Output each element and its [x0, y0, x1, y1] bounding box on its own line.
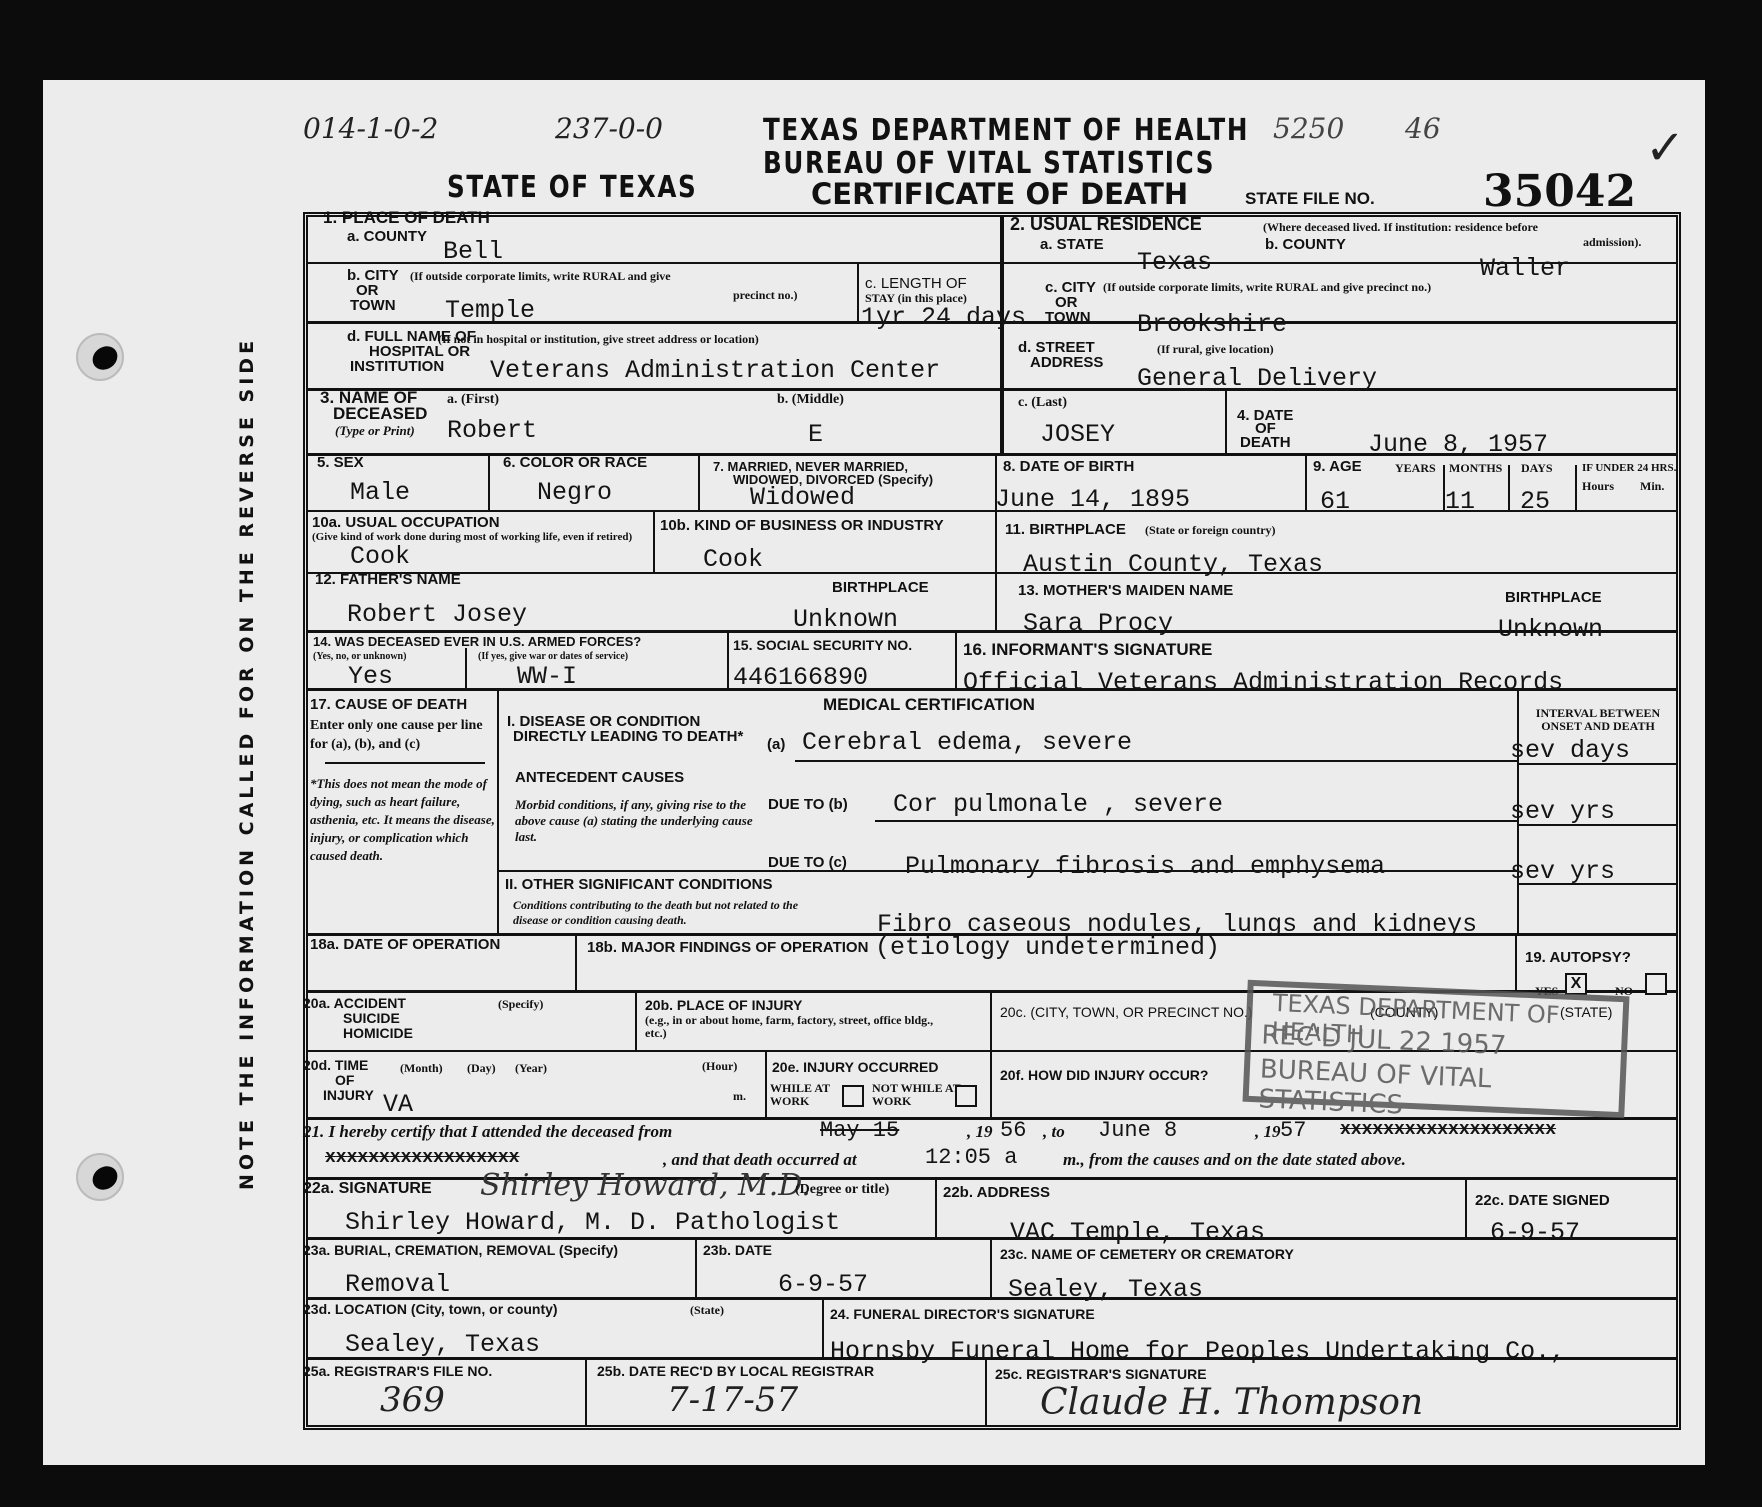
residence-city-town: TOWN — [1045, 310, 1091, 325]
divider — [990, 1239, 992, 1297]
divider — [308, 572, 1676, 574]
part1-label-2: DIRECTLY LEADING TO DEATH* — [513, 729, 743, 744]
divider — [308, 1357, 1676, 1360]
divider — [1004, 262, 1676, 264]
reverse-side-note: NOTE THE INFORMATION CALLED FOR ON THE R… — [236, 337, 258, 1190]
age-months: 11 — [1445, 487, 1475, 516]
cause-b-interval: sev yrs — [1510, 797, 1615, 826]
mother-birthplace: Unknown — [1498, 615, 1603, 644]
divider — [308, 388, 1676, 391]
divider — [695, 1239, 697, 1297]
father-label: 12. FATHER'S NAME — [315, 572, 461, 587]
m-label: m. — [733, 1090, 746, 1103]
name-label-3: (Type or Print) — [335, 422, 415, 440]
medical-certification-title: MEDICAL CERTIFICATION — [823, 697, 1035, 712]
to-year-prefix: , 19 — [1255, 1123, 1281, 1141]
burial-label: 23a. BURIAL, CREMATION, REMOVAL (Specify… — [303, 1243, 618, 1258]
dept-line-1: TEXAS DEPARTMENT OF HEALTH — [763, 113, 1249, 148]
divider — [585, 1359, 587, 1425]
cause-a: Cerebral edema, severe — [802, 728, 1132, 757]
time-of-injury-value: VA — [383, 1090, 413, 1119]
hospital-label-2: HOSPITAL OR — [369, 344, 470, 359]
cause-b-label: DUE TO (b) — [768, 797, 848, 812]
injury-city-label: 20c. (CITY, TOWN, OR PRECINCT NO.) — [1000, 1005, 1253, 1020]
hour-label: (Hour) — [702, 1060, 737, 1073]
underline — [1519, 883, 1676, 885]
cause-a-interval: sev days — [1510, 736, 1630, 765]
underline — [875, 820, 1517, 822]
location-label: 23d. LOCATION (City, town, or county) — [303, 1302, 558, 1317]
years-label: YEARS — [1395, 462, 1436, 475]
residence-county-label: b. COUNTY — [1265, 237, 1346, 252]
autopsy-no-checkbox[interactable] — [1645, 973, 1667, 995]
underline — [1519, 824, 1676, 826]
hospital-note: (If not in hospital or institution, give… — [438, 333, 759, 346]
marital-value: Widowed — [750, 483, 855, 512]
autopsy-yes-checkbox[interactable]: X — [1565, 973, 1587, 995]
name-label-2: DECEASED — [333, 406, 427, 421]
degree-label: (Degree or title) — [795, 1183, 889, 1196]
location-state-label: (State) — [690, 1304, 724, 1317]
date-signed-label: 22c. DATE SIGNED — [1475, 1193, 1610, 1208]
under-24-label: IF UNDER 24 HRS. — [1582, 462, 1676, 475]
date-of-death: June 8, 1957 — [1368, 430, 1548, 459]
state-file-label: STATE FILE NO. — [1245, 189, 1375, 209]
ssn-label: 15. SOCIAL SECURITY NO. — [733, 638, 912, 653]
divider — [1225, 390, 1227, 453]
underline — [795, 760, 1517, 762]
usual-residence-label: 2. USUAL RESIDENCE — [1010, 217, 1202, 232]
while-at-work-label: WHILE AT WORK — [770, 1082, 835, 1108]
days-label: DAYS — [1521, 462, 1553, 475]
birthplace-label: 11. BIRTHPLACE — [1005, 522, 1126, 537]
burial-value: Removal — [345, 1270, 450, 1299]
race-value: Negro — [537, 478, 612, 507]
divider — [308, 1297, 1676, 1300]
divider — [995, 583, 997, 630]
cause-c-interval: sev yrs — [1510, 857, 1615, 886]
father-value: Robert Josey — [347, 600, 527, 629]
first-name-label: a. (First) — [447, 393, 499, 406]
cause-a-label: (a) — [767, 737, 785, 752]
divider — [1575, 465, 1577, 510]
burial-date: 6-9-57 — [778, 1270, 868, 1299]
divider — [308, 262, 1000, 264]
divider — [935, 1179, 937, 1237]
divider — [575, 935, 577, 990]
operation-date-label: 18a. DATE OF OPERATION — [310, 937, 500, 952]
residence-city-or: OR — [1055, 295, 1078, 310]
sex-label: 5. SEX — [317, 455, 364, 470]
divider — [857, 264, 859, 321]
form-title: CERTIFICATE OF DEATH — [811, 177, 1188, 211]
cause-b: Cor pulmonale , severe — [893, 790, 1223, 819]
city-town-label: TOWN — [350, 298, 396, 313]
min-label: Min. — [1640, 480, 1664, 493]
age-days: 25 — [1520, 487, 1550, 516]
divider — [308, 1237, 1676, 1240]
antecedent-note: Morbid conditions, if any, giving rise t… — [515, 797, 765, 845]
received-stamp: TEXAS DEPARTMENT OF HEALTH REC'D JUL 22 … — [1243, 980, 1630, 1119]
funeral-director-label: 24. FUNERAL DIRECTOR'S SIGNATURE — [830, 1307, 1095, 1322]
attended-from-date: May 15 — [820, 1118, 899, 1143]
state-title: STATE OF TEXAS — [447, 170, 697, 205]
operation-findings-label: 18b. MAJOR FINDINGS OF OPERATION — [587, 940, 868, 955]
homicide-label: HOMICIDE — [343, 1026, 413, 1041]
checkmark-icon: ✓ — [1645, 120, 1685, 176]
street-value: General Delivery — [1137, 364, 1377, 393]
suicide-label: SUICIDE — [343, 1011, 400, 1026]
divider — [698, 455, 700, 510]
war-value: WW-I — [517, 662, 577, 691]
divider — [727, 632, 729, 688]
divider — [635, 992, 637, 1050]
middle-name: E — [808, 420, 823, 449]
accident-label: 20a. ACCIDENT — [303, 996, 406, 1011]
middle-name-label: b. (Middle) — [777, 393, 844, 406]
registrar-file-label: 25a. REGISTRAR'S FILE NO. — [303, 1364, 492, 1379]
divider — [465, 648, 467, 688]
sex-value: Male — [350, 478, 410, 507]
mother-birthplace-label: BIRTHPLACE — [1505, 590, 1602, 605]
first-name: Robert — [447, 416, 537, 445]
punch-hole-bottom — [76, 1153, 124, 1201]
state-file-number: 35042 — [1483, 166, 1636, 217]
handwritten-code-1: 014-1-0-2 — [303, 112, 438, 145]
birthplace-note: (State or foreign country) — [1145, 524, 1276, 537]
death-causes-text: m., from the causes and on the date stat… — [1063, 1151, 1406, 1169]
divider — [985, 1359, 987, 1425]
divider — [308, 630, 1676, 633]
months-label: MONTHS — [1449, 462, 1502, 475]
not-while-at-work-checkbox[interactable] — [955, 1085, 977, 1107]
while-at-work-checkbox[interactable] — [842, 1085, 864, 1107]
antecedent-label: ANTECEDENT CAUSES — [515, 770, 684, 785]
attended-to-year: 57 — [1280, 1118, 1306, 1143]
ssn-value: 446166890 — [733, 663, 868, 692]
residence-city-note: (If outside corporate limits, write RURA… — [1103, 281, 1431, 294]
time-of-injury-label-2: OF — [335, 1073, 354, 1088]
physician-signature: Shirley Howard, M.D. — [480, 1168, 811, 1203]
signer-name: Shirley Howard, M. D. Pathologist — [345, 1208, 840, 1237]
stay-label: c. LENGTH OF — [865, 276, 967, 291]
signature-label: 22a. SIGNATURE — [303, 1181, 432, 1196]
address-value: VAC Temple, Texas — [1010, 1218, 1265, 1247]
father-birthplace: Unknown — [793, 605, 898, 634]
registrar-date: 7-17-57 — [667, 1380, 798, 1420]
dob-label: 8. DATE OF BIRTH — [1003, 459, 1134, 474]
cause-c: Pulmonary fibrosis and emphysema — [905, 852, 1385, 881]
divider — [995, 455, 997, 583]
handwritten-number-2: 46 — [1405, 112, 1441, 145]
underline — [1519, 763, 1676, 765]
cemetery-label: 23c. NAME OF CEMETERY OR CREMATORY — [1000, 1247, 1294, 1262]
county-value: Bell — [443, 237, 503, 266]
business-label: 10b. KIND OF BUSINESS OR INDUSTRY — [660, 518, 944, 533]
location-value: Sealey, Texas — [345, 1330, 540, 1359]
autopsy-label: 19. AUTOPSY? — [1525, 950, 1631, 965]
last-name: JOSEY — [1040, 420, 1115, 449]
registrar-signature: Claude H. Thompson — [1040, 1382, 1423, 1423]
mother-value: Sara Procy — [1023, 609, 1173, 638]
divider — [822, 1299, 824, 1357]
city-value: Temple — [445, 296, 535, 325]
informant-label: 16. INFORMANT'S SIGNATURE — [963, 642, 1212, 657]
age-label: 9. AGE — [1313, 459, 1362, 474]
city-label: b. CITY — [347, 268, 399, 283]
cemetery-value: Sealey, Texas — [1008, 1275, 1203, 1304]
mother-label: 13. MOTHER'S MAIDEN NAME — [1018, 583, 1233, 598]
how-injury-label: 20f. HOW DID INJURY OCCUR? — [1000, 1068, 1208, 1083]
registrar-signature-label: 25c. REGISTRAR'S SIGNATURE — [995, 1367, 1207, 1382]
armed-forces-label: 14. WAS DECEASED EVER IN U.S. ARMED FORC… — [313, 634, 641, 649]
divider — [653, 512, 655, 572]
death-occurred-text: , and that death occurred at — [663, 1151, 857, 1169]
year-label: (Year) — [515, 1062, 547, 1075]
informant-value: Official Veterans Administration Records — [963, 668, 1563, 697]
cause-of-death-label: 17. CAUSE OF DEATH — [310, 697, 467, 712]
date-signed-value: 6-9-57 — [1490, 1218, 1580, 1247]
to-text: , to — [1043, 1123, 1065, 1141]
residence-state-label: a. STATE — [1040, 237, 1104, 252]
residence-city-label: c. CITY — [1045, 280, 1096, 295]
attended-from-year: 56 — [1000, 1118, 1026, 1143]
dept-line-2: BUREAU OF VITAL STATISTICS — [763, 146, 1215, 181]
divider — [955, 632, 957, 688]
month-label: (Month) — [400, 1062, 443, 1075]
handwritten-number: 5250 — [1273, 112, 1344, 145]
cause-footnote: *This does not mean the mode of dying, s… — [310, 775, 495, 865]
punch-hole-top — [76, 333, 124, 381]
struck-text-2: xxxxxxxxxxxxxxxxxx — [325, 1148, 519, 1168]
occupation-label: 10a. USUAL OCCUPATION — [312, 515, 500, 530]
business-value: Cook — [703, 545, 763, 574]
place-of-injury-note: (e.g., in or about home, farm, factory, … — [645, 1014, 945, 1040]
residence-city: Brookshire — [1137, 310, 1287, 339]
dob-value: June 14, 1895 — [995, 485, 1190, 514]
other-conditions-2: (etiology undetermined) — [875, 933, 1220, 962]
burial-date-label: 23b. DATE — [703, 1243, 772, 1258]
accident-specify: (Specify) — [498, 998, 543, 1011]
divider — [497, 690, 499, 933]
place-of-injury-label: 20b. PLACE OF INJURY — [645, 998, 802, 1013]
time-of-injury-label-3: INJURY — [323, 1088, 374, 1103]
divider — [488, 455, 490, 510]
divider — [1508, 465, 1510, 510]
interval-label: INTERVAL BETWEEN ONSET AND DEATH — [1523, 707, 1673, 733]
age-years: 61 — [1320, 487, 1350, 516]
from-year-prefix: , 19 — [967, 1123, 993, 1141]
occupation-value: Cook — [350, 542, 410, 571]
street-note: (If rural, give location) — [1157, 343, 1274, 356]
county-label: a. COUNTY — [347, 229, 427, 244]
time-of-injury-label: 20d. TIME — [303, 1058, 368, 1073]
struck-text: xxxxxxxxxxxxxxxxxxxx — [1340, 1120, 1556, 1140]
residence-county: Waller — [1480, 254, 1570, 283]
hospital-label-3: INSTITUTION — [350, 359, 444, 374]
divider — [765, 1052, 767, 1117]
divider — [990, 992, 992, 1117]
city-note-2: precinct no.) — [733, 289, 797, 302]
armed-forces-value: Yes — [348, 662, 393, 691]
last-name-label: c. (Last) — [1018, 396, 1067, 409]
not-while-at-work-label: NOT WHILE AT WORK — [872, 1082, 962, 1108]
funeral-director-value: Hornsby Funeral Home for Peoples Underta… — [830, 1337, 1565, 1366]
divider — [1000, 215, 1004, 455]
father-birthplace-label: BIRTHPLACE — [832, 580, 929, 595]
divider — [1465, 1179, 1467, 1237]
divider — [1515, 935, 1517, 990]
stay-value: 1yr 24 days — [861, 303, 1026, 332]
city-or-label: OR — [356, 283, 379, 298]
divider — [1305, 455, 1307, 510]
handwritten-code-2: 237-0-0 — [555, 112, 663, 145]
day-label: (Day) — [467, 1062, 496, 1075]
city-note: (If outside corporate limits, write RURA… — [410, 270, 671, 283]
certify-text: 21. I hereby certify that I attended the… — [303, 1123, 672, 1141]
registrar-file-no: 369 — [380, 1380, 445, 1420]
street-label-2: ADDRESS — [1030, 355, 1103, 370]
registrar-date-label: 25b. DATE REC'D BY LOCAL REGISTRAR — [597, 1364, 874, 1379]
death-time: 12:05 a — [925, 1145, 1017, 1170]
part2-note: Conditions contributing to the death but… — [513, 898, 833, 928]
residence-note-2: admission). — [1583, 236, 1641, 249]
address-label: 22b. ADDRESS — [943, 1185, 1050, 1200]
residence-state: Texas — [1137, 248, 1212, 277]
part2-label: II. OTHER SIGNIFICANT CONDITIONS — [505, 877, 773, 892]
place-of-death-label: 1. PLACE OF DEATH — [323, 210, 490, 225]
cause-instructions: Enter only one cause per line for (a), (… — [310, 716, 490, 754]
hours-label: Hours — [1582, 480, 1614, 493]
cause-c-label: DUE TO (c) — [768, 855, 847, 870]
race-label: 6. COLOR OR RACE — [503, 455, 647, 470]
part1-label: I. DISEASE OR CONDITION — [507, 714, 700, 729]
birthplace-value: Austin County, Texas — [1023, 550, 1323, 579]
residence-note: (Where deceased lived. If institution: r… — [1263, 221, 1538, 234]
divider — [325, 762, 485, 764]
dod-label-3: DEATH — [1240, 435, 1291, 450]
attended-to-date: June 8 — [1098, 1118, 1177, 1143]
injury-occurred-label: 20e. INJURY OCCURRED — [772, 1060, 939, 1075]
street-label: d. STREET — [1018, 340, 1095, 355]
hospital-value: Veterans Administration Center — [490, 356, 940, 385]
name-label: 3. NAME OF — [320, 390, 417, 405]
